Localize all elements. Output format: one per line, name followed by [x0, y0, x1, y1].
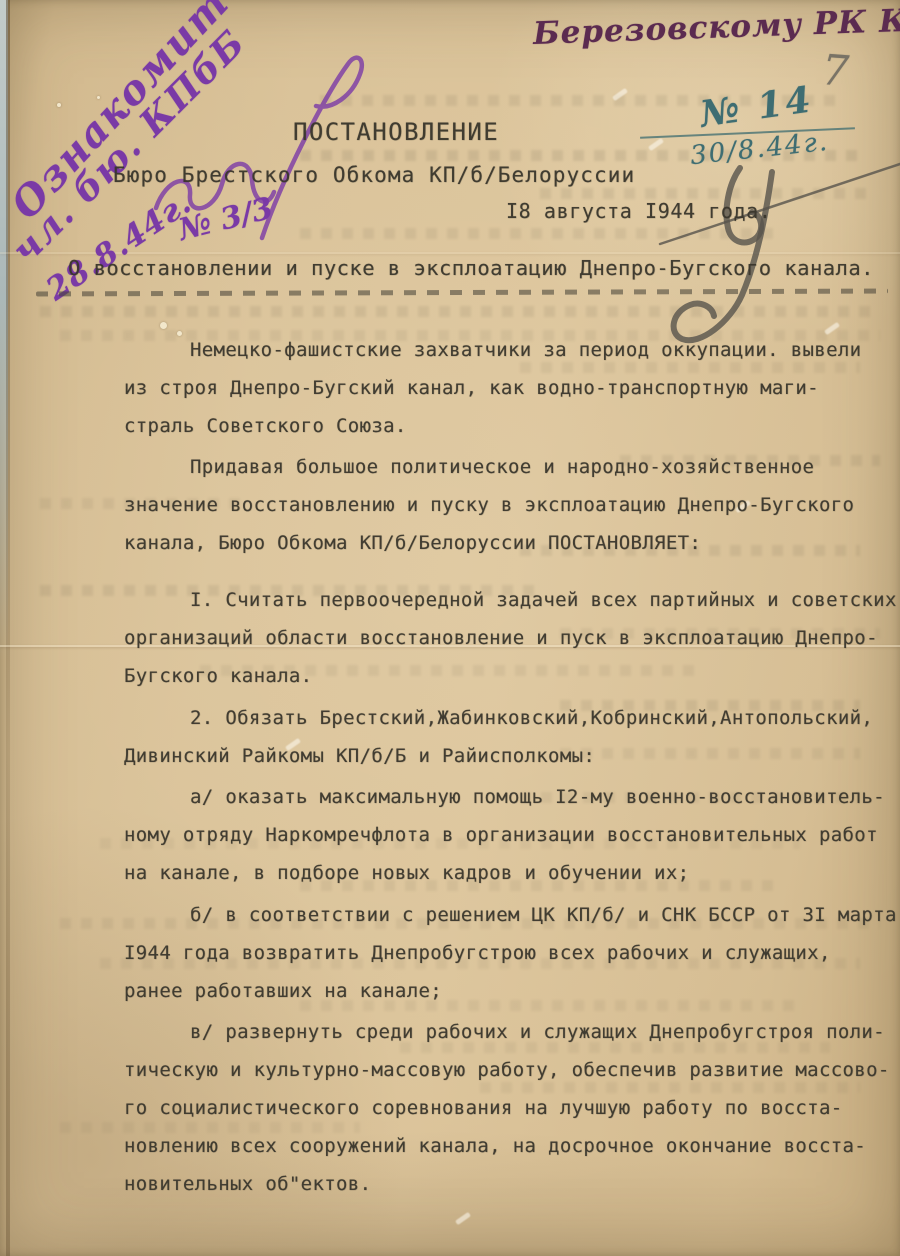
body-line: Придавая большое политическое и народно-…: [0, 448, 900, 486]
body-line: из строя Днепро-Бугский канал, как водно…: [0, 369, 900, 407]
page-number: 7: [820, 45, 850, 96]
document-date: I8 августа I944 года.: [506, 199, 771, 223]
body-line: а/ оказать максимальную помощь I2-му вое…: [0, 778, 900, 816]
body-line: Бугского канала.: [0, 657, 900, 695]
handwritten-doc-number: № 14: [698, 78, 817, 135]
subject-line: О восстановлении и пуске в эксплоатацию …: [68, 256, 874, 280]
body-line: организаций области восстановление и пус…: [0, 619, 900, 657]
body-line: новлению всех сооружений канала, на доср…: [0, 1127, 900, 1165]
body-line: канала, Бюро Обкома КП/б/Белоруссии ПОСТ…: [0, 524, 900, 562]
document-body: Немецко-фашистские захватчики за период …: [0, 331, 900, 1203]
body-line: новительных об"ектов.: [0, 1165, 900, 1203]
scan-glare-mark: [455, 1212, 471, 1225]
body-line: тическую и культурно-массовую работу, об…: [0, 1051, 900, 1089]
paper-speck: [57, 103, 61, 107]
body-line: го социалистического соревнования на луч…: [0, 1089, 900, 1127]
body-line: страль Советского Союза.: [0, 407, 900, 445]
body-line: на канале, в подборе новых кадров и обуч…: [0, 854, 900, 892]
body-line: Дивинский Райкомы КП/б/Б и Райисполкомы:: [0, 737, 900, 775]
body-line: ному отряду Наркомречфлота в организации…: [0, 816, 900, 854]
body-line: I944 года возвратить Днепробугстрою всех…: [0, 934, 900, 972]
body-line: 2. Обязать Брестский,Жабинковский,Кобрин…: [0, 699, 900, 737]
body-line: б/ в соответствии с решением ЦК КП/б/ и …: [0, 896, 900, 934]
paper-speck: [160, 322, 167, 329]
body-line: значение восстановлению и пуску в экспло…: [0, 486, 900, 524]
document-page: Березовскому РК КПбБ 7 № 14 30/8.44г. Оз…: [0, 0, 900, 1256]
handwritten-addressee: Березовскому РК КПбБ: [533, 0, 900, 52]
body-line: Немецко-фашистские захватчики за период …: [0, 331, 900, 369]
body-line: ранее работавших на канале;: [0, 972, 900, 1010]
signature-flourish: [150, 50, 380, 250]
issuing-body: Бюро Брестского Обкома КП/б/Белоруссии: [113, 163, 635, 187]
document-title: ПОСТАНОВЛЕНИЕ: [293, 118, 499, 146]
body-line: в/ развернуть среди рабочих и служащих Д…: [0, 1013, 900, 1051]
body-line: I. Считать первоочередной задачей всех п…: [0, 581, 900, 619]
